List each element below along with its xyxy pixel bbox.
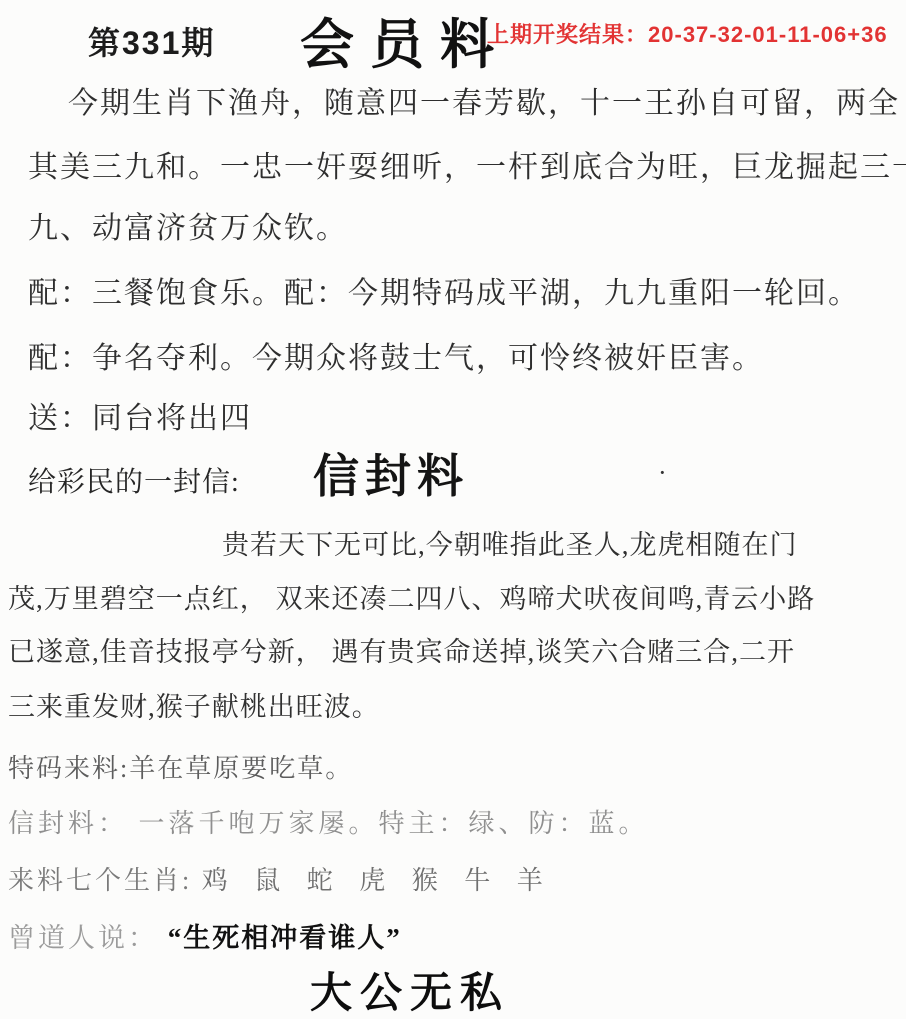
letter-line-4: 三来重发财,猴子献桃出旺波。 [8,685,380,724]
letter-section-title: 信封料 [313,440,469,506]
last-draw-result-label: 上期开奖结果： [487,22,648,47]
send-line: 送：同台将出四 [28,393,252,437]
zodiac-list: 鸡 鼠 蛇 虎 猴 牛 羊 [202,866,553,895]
last-draw-result-numbers: 20-37-32-01-11-06+36 [648,22,888,47]
letter-line-1: 贵若天下无可比,今朝唯指此圣人,龙虎相随在门 [222,523,798,562]
pair-line-1: 配：三餐饱食乐。配：今期特码成平湖，九九重阳一轮回。 [28,268,860,312]
pair-line-2: 配：争名夺利。今期众将鼓士气，可怜终被奸臣害。 [28,333,764,377]
stray-dot-mark: · [658,458,667,488]
zodiac-tip: 来料七个生肖: 鸡 鼠 蛇 虎 猴 牛 羊 [8,860,553,897]
sayer-tip: 曾道人说： “生死相冲看谁人” [8,916,402,955]
poem-line-2: 其美三九和。一忠一奸耍细听，一杆到底合为旺，巨龙掘起三一 [28,142,906,186]
sayer-label: 曾道人说： [8,923,168,953]
footer-slogan: 大公无私 [310,960,510,1019]
zodiac-tip-label: 来料七个生肖: [8,866,202,895]
letter-line-3: 已遂意,佳音技报亭兮新， 遇有贵宾命送掉,谈笑六合赌三合,二开 [8,630,795,669]
issue-number: 第331期 [88,18,215,64]
envelope-tip: 信封料： 一落千咆万家屡。特主：绿、防：蓝。 [8,803,649,840]
last-draw-result: 上期开奖结果：20-37-32-01-11-06+36 [487,18,888,49]
tip-sheet-page: 第331期 会员料 上期开奖结果：20-37-32-01-11-06+36 今期… [0,0,906,1019]
poem-line-1: 今期生肖下渔舟，随意四一春芳歇，十一王孙自可留，两全 [68,78,900,122]
page-title: 会员料 [300,2,510,79]
letter-line-2: 茂,万里碧空一点红， 双来还凑二四八、鸡啼犬吠夜间鸣,青云小路 [8,577,815,616]
sayer-quote: “生死相冲看谁人” [168,923,402,953]
special-code-tip: 特码来料:羊在草原要吃草。 [8,748,353,785]
poem-line-3: 九、动富济贫万众钦。 [28,203,348,247]
letter-section-label: 给彩民的一封信: [28,460,240,500]
